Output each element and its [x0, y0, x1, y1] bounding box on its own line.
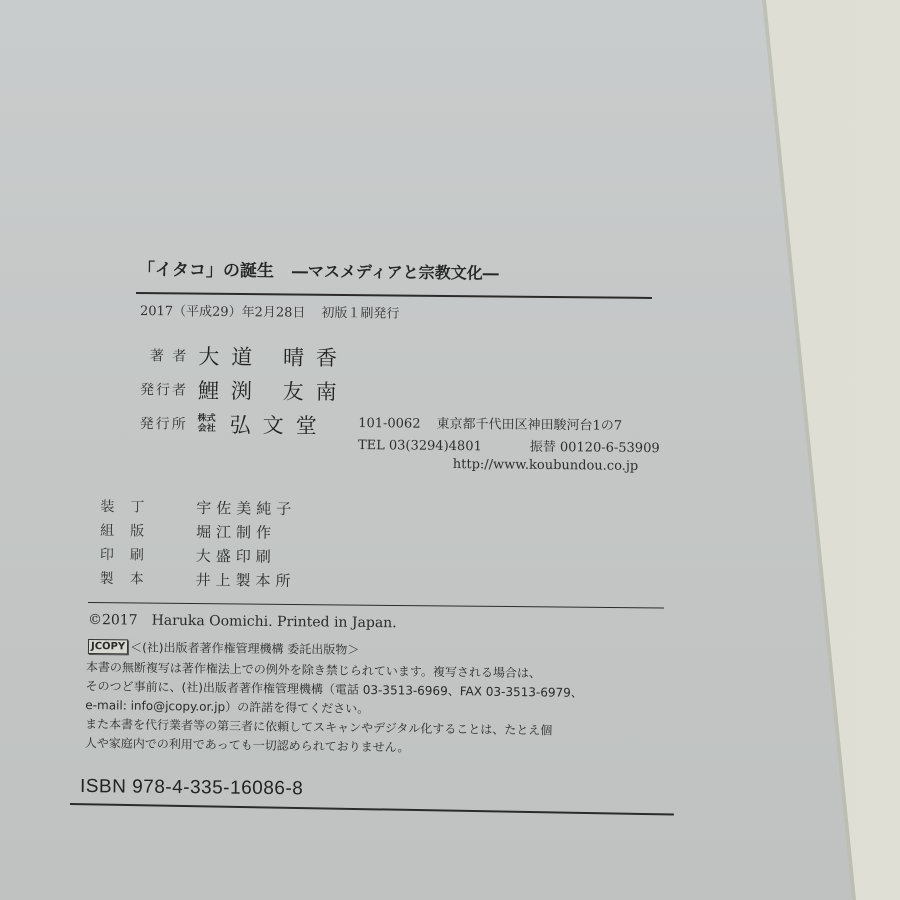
staff-row-typesetting: 組版 堀江制作: [100, 518, 296, 544]
staff-value: 井上製本所: [196, 569, 296, 591]
kabushiki-kaisha-mark: 株式 会社: [198, 414, 216, 434]
publisher-tel: TEL 03(3294)4801: [358, 438, 482, 454]
publisher-contact: 101-0062東京都千代田区神田駿河台1の7 TEL 03(3294)4801…: [358, 412, 660, 481]
credit-label: 発行者: [128, 379, 188, 400]
prefix-line: 会社: [198, 424, 216, 434]
publication-info: 2017（平成29）年2月28日初版１刷発行: [140, 300, 400, 322]
book-title-row: 「イタコ」の誕生―マスメディアと宗教文化―: [138, 255, 499, 284]
credits-block: 著 者 大道 晴香 発行者 鯉渕 友南 発行所 株式 会社 弘文堂: [127, 338, 349, 442]
prefix-line: 株式: [198, 414, 216, 424]
book-subtitle: ―マスメディアと宗教文化―: [292, 262, 499, 283]
book-title: 「イタコ」の誕生: [138, 260, 274, 281]
staff-label: 組版: [100, 520, 158, 541]
copyright-line: ©2017Haruka Oomichi. Printed in Japan.: [88, 612, 397, 631]
jcopy-text: ＜(社)出版者著作権管理機構 委託出版物＞: [130, 638, 359, 657]
credit-issuer: 発行者 鯉渕 友南: [128, 372, 349, 408]
staff-value: 宇佐美純子: [196, 497, 296, 519]
staff-row-printing: 印刷 大盛印刷: [100, 542, 296, 568]
author-name: 大道 晴香: [198, 341, 349, 373]
isbn: ISBN 978-4-335-16086-8: [80, 776, 304, 800]
edition: 初版１刷発行: [321, 306, 399, 322]
jcopy-row: JCOPY ＜(社)出版者著作権管理機構 委託出版物＞: [88, 638, 359, 658]
copyright-holder: Haruka Oomichi. Printed in Japan.: [152, 613, 397, 632]
copyright-year: ©2017: [88, 612, 138, 629]
credit-publisher: 発行所 株式 会社 弘文堂: [127, 406, 348, 442]
production-staff: 装丁 宇佐美純子 組版 堀江制作 印刷 大盛印刷 製本 井上製本所: [99, 494, 296, 592]
staff-label: 製本: [100, 568, 158, 589]
publisher-name: 弘文堂: [229, 409, 328, 440]
publication-date: 2017（平成29）年2月28日: [140, 304, 306, 321]
credit-label: 著 者: [128, 345, 188, 366]
postal-code: 101-0062: [358, 416, 420, 432]
credit-author: 著 者 大道 晴香: [128, 338, 349, 374]
publisher-furikae: 振替 00120-6-53909: [530, 440, 660, 456]
copy-notice: 本書の無断複写は著作権法上での例外を除き禁じられています。複写される場合は、 そ…: [85, 658, 706, 762]
staff-value: 大盛印刷: [196, 545, 276, 567]
staff-label: 装丁: [100, 496, 158, 517]
credit-label: 発行所: [128, 413, 188, 434]
jcopy-badge-icon: JCOPY: [88, 639, 128, 654]
staff-row-binding-design: 装丁 宇佐美純子: [100, 494, 296, 520]
staff-label: 印刷: [100, 544, 158, 565]
issuer-name: 鯉渕 友南: [198, 375, 349, 407]
staff-row-bookbinding: 製本 井上製本所: [99, 566, 295, 592]
publisher-address: 東京都千代田区神田駿河台1の7: [436, 417, 622, 434]
staff-value: 堀江制作: [196, 521, 276, 543]
publisher-url: http://www.koubundou.co.jp: [453, 457, 639, 474]
